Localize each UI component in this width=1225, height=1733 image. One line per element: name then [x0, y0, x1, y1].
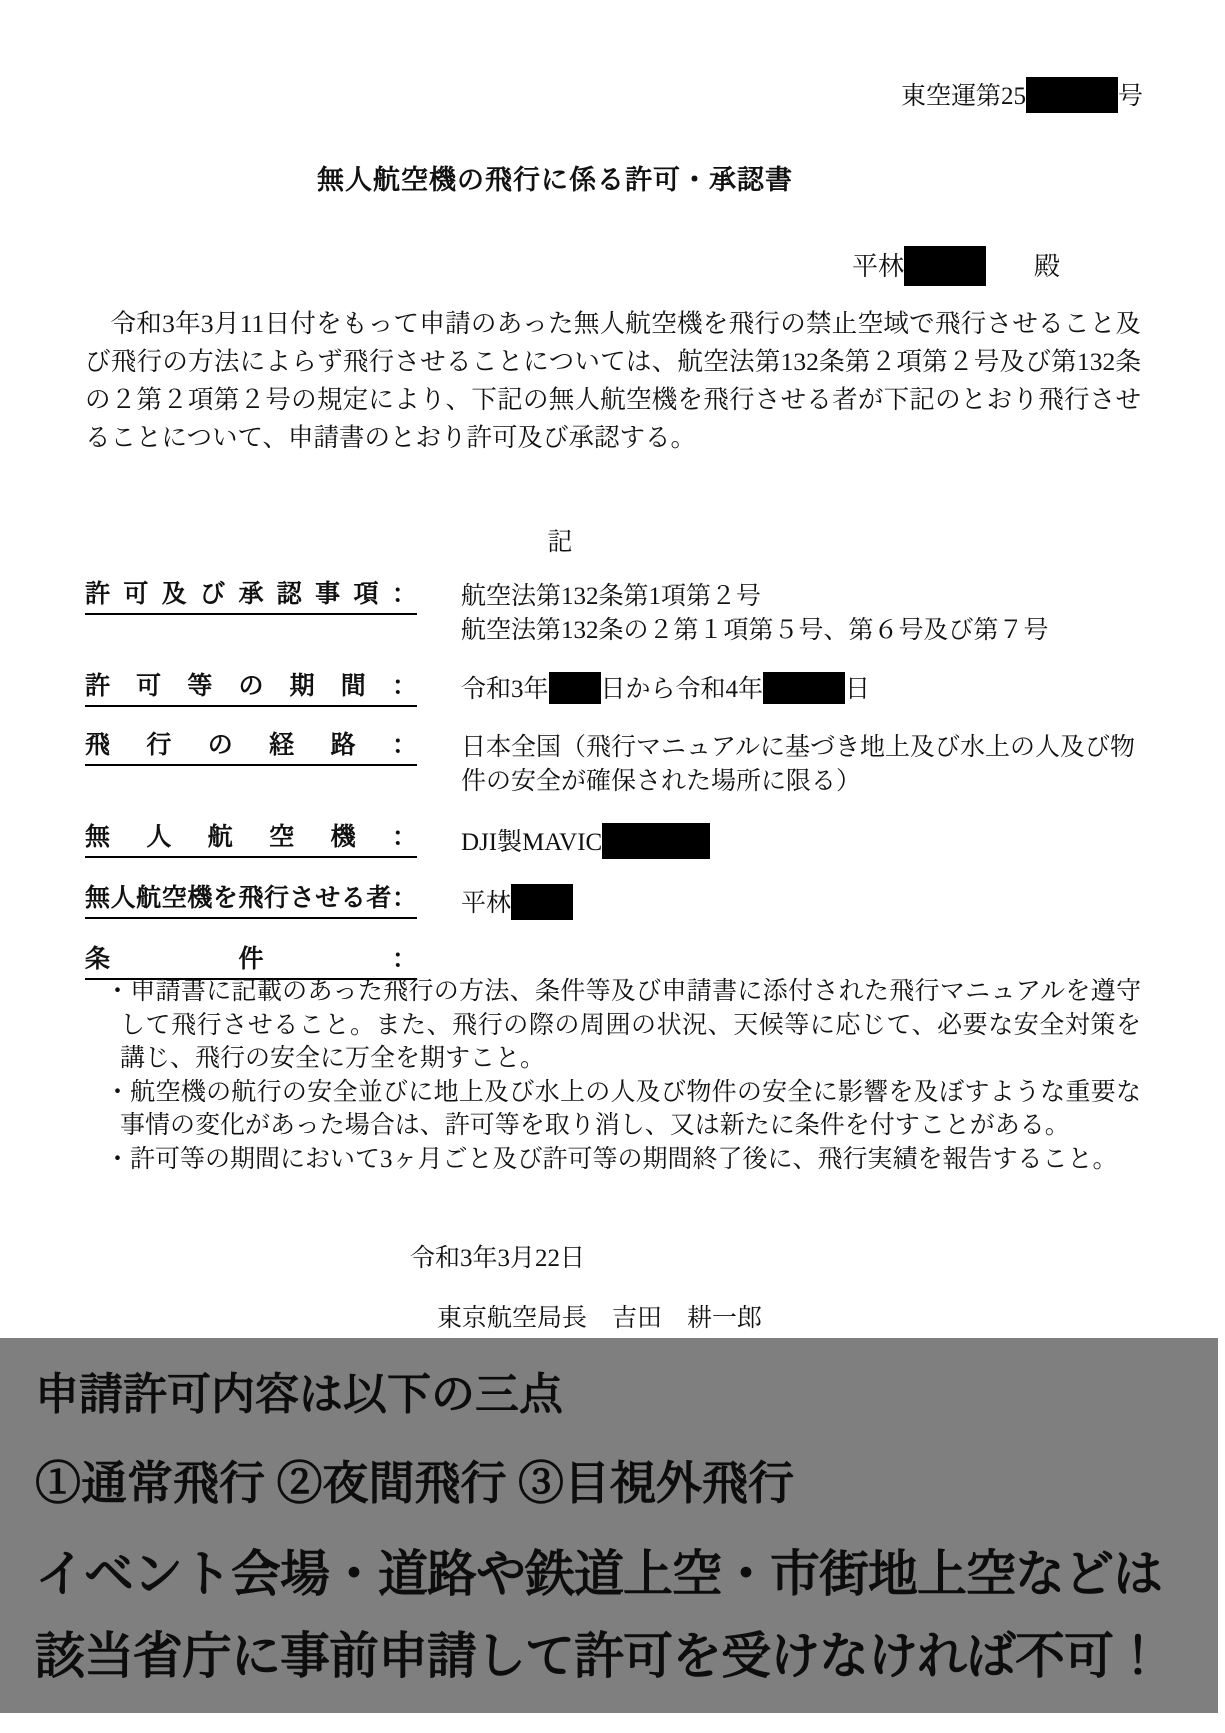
field-route-value: 日本全国（飛行マニュアルに基づき地上及び水上の人及び物件の安全が確保された場所に… [461, 731, 1141, 799]
redaction-box [549, 672, 601, 704]
field-aircraft: 無人航空機： DJI製MAVIC [85, 823, 1141, 860]
addressee-honorific: 殿 [1034, 252, 1060, 281]
aircraft-model: DJI製MAVIC [461, 829, 602, 856]
ki-heading: 記 [0, 522, 1120, 558]
doc-number-prefix: 東空運第25 [901, 83, 1026, 110]
field-pilot: 無人航空機を飛行させる者： 平林 [85, 884, 1141, 921]
field-approval-items: 許可及び承認事項： 航空法第132条第1項第２号 航空法第132条の２第１項第５… [85, 580, 1141, 648]
addressee-name: 平林 [852, 252, 904, 281]
banner-line1: 申請許可内容は以下の三点 [35, 1370, 1218, 1420]
doc-number-suffix: 号 [1118, 83, 1143, 110]
field-pilot-value: 平林 [461, 884, 1141, 921]
condition-bullet: ・航空機の航行の安全並びに地上及び水上の人及び物件の安全に影響を及ぼすような重要… [85, 1076, 1141, 1143]
field-approval-value: 航空法第132条第1項第２号 航空法第132条の２第１項第５号、第６号及び第７号 [461, 580, 1141, 648]
addressee: 平林殿 [852, 246, 1060, 286]
condition-bullet: ・許可等の期間において3ヶ月ごと及び許可等の期間終了後に、飛行実績を報告すること… [85, 1143, 1141, 1177]
banner-line2: ①通常飛行 ②夜間飛行 ③目視外飛行 [35, 1458, 1218, 1510]
body-paragraph: 令和3年3月11日付をもって申請のあった無人航空機を飛行の禁止空域で飛行させるこ… [85, 305, 1141, 457]
redaction-box [904, 246, 986, 286]
period-seg1: 令和3年 [461, 676, 549, 703]
redaction-box [763, 672, 845, 704]
banner-line3: イベント会場・道路や鉄道上空・市街地上空などは [35, 1546, 1218, 1602]
permit-document-page: 東空運第25号 無人航空機の飛行に係る許可・承認書 平林殿 令和3年3月11日付… [0, 0, 1225, 1733]
page-title: 無人航空機の飛行に係る許可・承認書 [0, 158, 1110, 197]
field-aircraft-label: 無人航空機： [85, 823, 417, 858]
banner-line4: 該当省庁に事前申請して許可を受けなければ不可！ [35, 1628, 1218, 1684]
approval-value-line1: 航空法第132条第1項第２号 [461, 580, 1141, 614]
field-period-value: 令和3年日から令和4年日 [461, 672, 1141, 707]
items-list: 許可及び承認事項： 航空法第132条第1項第２号 航空法第132条の２第１項第５… [85, 580, 1141, 996]
field-period-label: 許可等の期間： [85, 672, 417, 707]
period-seg2: 日から令和4年 [601, 676, 764, 703]
field-flight-route: 飛行の経路： 日本全国（飛行マニュアルに基づき地上及び水上の人及び物件の安全が確… [85, 731, 1141, 799]
conditions-bullets: ・申請書に記載のあった飛行の方法、条件等及び申請書に添付された飛行マニュアルを遵… [85, 975, 1141, 1176]
field-permit-period: 許可等の期間： 令和3年日から令和4年日 [85, 672, 1141, 707]
condition-bullet: ・申請書に記載のあった飛行の方法、条件等及び申請書に添付された飛行マニュアルを遵… [85, 975, 1141, 1076]
field-approval-label: 許可及び承認事項： [85, 580, 417, 615]
field-pilot-label: 無人航空機を飛行させる者： [85, 884, 417, 919]
redaction-box [602, 823, 710, 859]
redaction-box [511, 884, 573, 920]
field-route-label: 飛行の経路： [85, 731, 417, 766]
redaction-box [1026, 77, 1118, 113]
overlay-banner: 申請許可内容は以下の三点 ①通常飛行 ②夜間飛行 ③目視外飛行 イベント会場・道… [0, 1338, 1218, 1713]
field-aircraft-value: DJI製MAVIC [461, 823, 1141, 860]
issue-date: 令和3年3月22日 [410, 1238, 585, 1274]
pilot-name: 平林 [461, 890, 511, 917]
period-seg3: 日 [845, 676, 870, 703]
signature: 東京航空局長 吉田 耕一郎 [437, 1298, 762, 1334]
doc-number: 東空運第25号 [901, 76, 1143, 113]
approval-value-line2: 航空法第132条の２第１項第５号、第６号及び第７号 [461, 614, 1141, 648]
